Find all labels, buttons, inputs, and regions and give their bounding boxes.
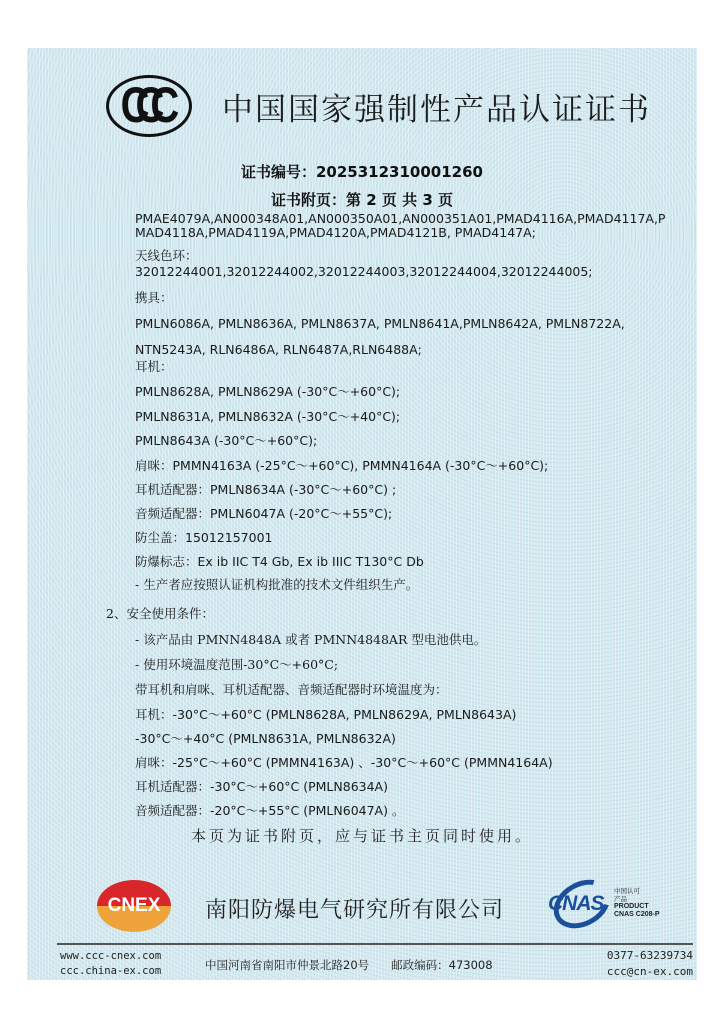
accessory-temp-intro: 带耳机和肩咪、耳机适配器、音频适配器时环境温度为： [135,682,448,697]
explosion-proof-marking: 防爆标志：Ex ib IIC T4 Gb, Ex ib IIIC T130°C … [135,554,424,569]
safety-conditions-title: 2、安全使用条件： [106,606,214,621]
antenna-ring-label: 天线色环： [135,248,198,263]
speaker-mic-temp: 肩咪：-25°C～+60°C (PMMN4163A) 、-30°C～+60°C … [135,755,553,770]
footer-divider [57,943,693,945]
certificate-number-value: 2025312310001260 [316,163,483,181]
speaker-mic-line: 肩咪：PMMN4163A (-25°C～+60°C), PMMN4164A (-… [135,458,548,473]
email-link[interactable]: ccc@cn-ex.com [607,964,693,980]
ccc-logo-icon: CCC [106,75,192,137]
website-link-1[interactable]: www.ccc-cnex.com [60,949,161,964]
certificate-page-indicator: 证书附页：第 2 页 共 3 页 [0,189,724,210]
dust-cover-line: 防尘盖：15012157001 [135,530,272,545]
website-link-2[interactable]: ccc.china-ex.com [60,964,161,979]
ambient-temp-range: - 使用环境温度范围-30°C～+60°C; [135,657,338,672]
earphone-line-1: PMLN8628A, PMLN8629A (-30°C～+60°C); [135,384,400,399]
issuer-company-name: 南阳防爆电气研究所有限公司 [205,893,504,924]
certificate-number-label: 证书编号： [241,163,316,181]
phone-number: 0377-63239734 [607,948,693,964]
product-models-line-1: PMAE4079A,AN000348A01,AN000350A01,AN0003… [135,211,665,226]
earphone-line-3: PMLN8643A (-30°C～+60°C); [135,433,317,448]
carry-accessory-label: 携具： [135,290,173,305]
product-models-line-2: MAD4118A,PMAD4119A,PMAD4120A,PMAD4121B, … [135,225,536,240]
antenna-ring-values: 32012244001,32012244002,32012244003,3201… [135,264,593,279]
cnas-logo-icon: CNAS [548,880,618,930]
carry-accessory-line-1: PMLN6086A, PMLN8636A, PMLN8637A, PMLN864… [135,316,625,331]
footer-websites: www.ccc-cnex.com ccc.china-ex.com [60,949,161,979]
certificate-number: 证书编号：2025312310001260 [0,161,724,182]
audio-adapter-line: 音频适配器：PMLN6047A (-20°C～+55°C); [135,506,392,521]
address-text: 中国河南省南阳市仲景北路20号 [205,958,369,972]
appendix-note: 本页为证书附页，应与证书主页同时使用。 [0,825,724,846]
audio-adapter-temp: 音频适配器：-20°C～+55°C (PMLN6047A) 。 [135,803,404,818]
cnas-accreditation-info: 中国认可 产品 PRODUCT CNAS C208-P [614,887,660,919]
earphone-temp-line-1: 耳机：-30°C～+60°C (PMLN8628A, PMLN8629A, PM… [135,707,516,722]
certificate-title: 中国国家强制性产品认证证书 [222,84,651,129]
earphone-temp-line-2: -30°C～+40°C (PMLN8631A, PMLN8632A) [135,731,396,746]
earphone-line-2: PMLN8631A, PMLN8632A (-30°C～+40°C); [135,409,400,424]
production-requirement: - 生产者应按照认证机构批准的技术文件组织生产。 [135,577,418,592]
footer-address: 中国河南省南阳市仲景北路20号邮政编码：473008 [205,957,493,973]
earphone-adapter-temp: 耳机适配器：-30°C～+60°C (PMLN8634A) [135,779,388,794]
carry-accessory-line-2: NTN5243A, RLN6486A, RLN6487A,RLN6488A; [135,342,422,357]
cnex-logo-icon: CNEX [97,880,171,932]
earphone-label: 耳机： [135,359,173,374]
earphone-adapter-line: 耳机适配器：PMLN8634A (-30°C～+60°C) ; [135,482,396,497]
battery-condition: - 该产品由 PMNN4848A 或者 PMNN4848AR 型电池供电。 [135,632,486,647]
zip-code: 邮政编码：473008 [391,958,492,972]
footer-contact: 0377-63239734 ccc@cn-ex.com [607,948,693,980]
